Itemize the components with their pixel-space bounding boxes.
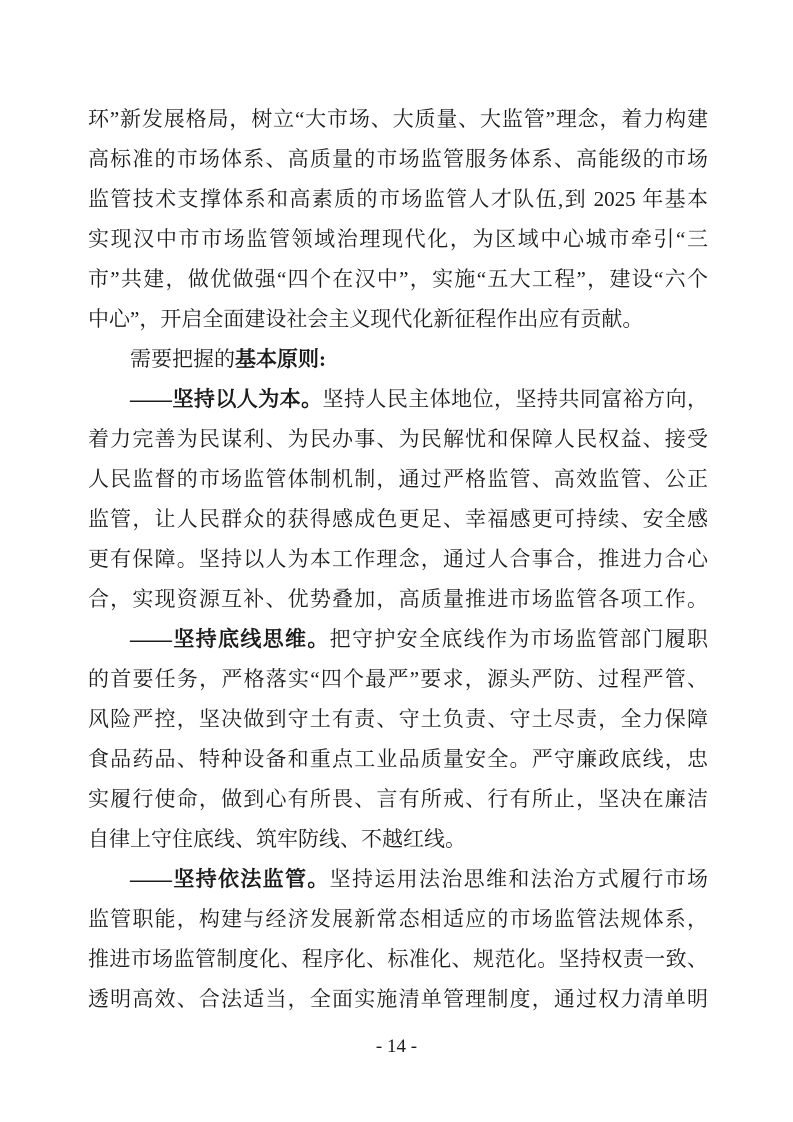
body-text: 着力完善为民谋利、为民办事、为民解忧和保障人民权益、接受: [88, 427, 708, 451]
principle-bottom-line-paragraph: ——坚持底线思维。把守护安全底线作为市场监管部门履职的首要任务，严格落实“四个最…: [88, 619, 708, 859]
text-line: 需要把握的基本原则:: [88, 339, 708, 379]
body-text: 食品药品、特种设备和重点工业品质量安全。严守廉政底线，忠: [88, 747, 708, 771]
body-text: 人民监督的市场监管体制机制，通过严格监管、高效监管、公正: [88, 467, 708, 491]
text-line: 的首要任务，严格落实“四个最严”要求，源头严防、过程严管、: [88, 659, 708, 699]
text-line: 食品药品、特种设备和重点工业品质量安全。严守廉政底线，忠: [88, 739, 708, 779]
body-text: 风险严控，坚决做到守土有责、守土负责、守土尽责，全力保障: [88, 707, 708, 731]
page-number: - 14 -: [0, 1036, 793, 1058]
principle-lawful-regulation-paragraph: ——坚持依法监管。坚持运用法治思维和法治方式履行市场监管职能，构建与经济发展新常…: [88, 859, 708, 1019]
emphasis-text: 基本原则:: [235, 347, 326, 371]
text-line: 风险严控，坚决做到守土有责、守土负责、守土尽责，全力保障: [88, 699, 708, 739]
body-text: 合，实现资源互补、优势叠加，高质量推进市场监管各项工作。: [88, 587, 708, 611]
body-text: 自律上守住底线、筑牢防线、不越红线。: [88, 827, 466, 851]
text-line: 着力完善为民谋利、为民办事、为民解忧和保障人民权益、接受: [88, 419, 708, 459]
body-text: 监管，让人民群众的获得感成色更足、幸福感更可持续、安全感: [88, 507, 708, 531]
body-text: 需要把握的: [130, 347, 235, 371]
text-line: ——坚持依法监管。坚持运用法治思维和法治方式履行市场: [88, 859, 708, 899]
emphasis-text: ——坚持底线思维。: [130, 627, 330, 651]
body-text: 监管技术支撑体系和高素质的市场监管人才队伍,到 2025 年基本: [88, 187, 708, 211]
text-line: 合，实现资源互补、优势叠加，高质量推进市场监管各项工作。: [88, 579, 708, 619]
body-text: 把守护安全底线作为市场监管部门履职: [330, 627, 708, 651]
emphasis-text: ——坚持以人为本。: [130, 387, 323, 411]
body-text: 实现汉中市市场监管领域治理现代化，为区域中心城市牵引“三: [88, 227, 708, 251]
document-body: 环”新发展格局，树立“大市场、大质量、大监管”理念，着力构建高标准的市场体系、高…: [88, 99, 708, 1019]
text-line: 更有保障。坚持以人为本工作理念，通过人合事合，推进力合心: [88, 539, 708, 579]
principles-intro-paragraph: 需要把握的基本原则:: [88, 339, 708, 379]
text-line: 人民监督的市场监管体制机制，通过严格监管、高效监管、公正: [88, 459, 708, 499]
body-text: 透明高效、合法适当，全面实施清单管理制度，通过权力清单明: [88, 987, 708, 1011]
body-text: 坚持运用法治思维和法治方式履行市场: [330, 867, 708, 891]
continuation-paragraph: 环”新发展格局，树立“大市场、大质量、大监管”理念，着力构建高标准的市场体系、高…: [88, 99, 708, 339]
text-line: 透明高效、合法适当，全面实施清单管理制度，通过权力清单明: [88, 979, 708, 1019]
text-line: 自律上守住底线、筑牢防线、不越红线。: [88, 819, 708, 859]
text-line: 环”新发展格局，树立“大市场、大质量、大监管”理念，着力构建: [88, 99, 708, 139]
body-text: 市”共建，做优做强“四个在汉中”，实施“五大工程”，建设“六个: [88, 267, 708, 291]
body-text: 监管职能，构建与经济发展新常态相适应的市场监管法规体系，: [88, 907, 708, 931]
document-page: 环”新发展格局，树立“大市场、大质量、大监管”理念，着力构建高标准的市场体系、高…: [0, 0, 793, 1122]
body-text: 实履行使命，做到心有所畏、言有所戒、行有所止，坚决在廉洁: [88, 787, 708, 811]
body-text: 中心”，开启全面建设社会主义现代化新征程作出应有贡献。: [88, 307, 643, 331]
text-line: 监管职能，构建与经济发展新常态相适应的市场监管法规体系，: [88, 899, 708, 939]
body-text: 环”新发展格局，树立“大市场、大质量、大监管”理念，着力构建: [88, 107, 708, 131]
text-line: 市”共建，做优做强“四个在汉中”，实施“五大工程”，建设“六个: [88, 259, 708, 299]
body-text: 坚持人民主体地位，坚持共同富裕方向，: [323, 387, 708, 411]
principle-people-first-paragraph: ——坚持以人为本。坚持人民主体地位，坚持共同富裕方向，着力完善为民谋利、为民办事…: [88, 379, 708, 619]
body-text: 推进市场监管制度化、程序化、标准化、规范化。坚持权责一致、: [88, 947, 708, 971]
text-line: 监管技术支撑体系和高素质的市场监管人才队伍,到 2025 年基本: [88, 179, 708, 219]
body-text: 更有保障。坚持以人为本工作理念，通过人合事合，推进力合心: [88, 547, 708, 571]
emphasis-text: ——坚持依法监管。: [130, 867, 330, 891]
text-line: 中心”，开启全面建设社会主义现代化新征程作出应有贡献。: [88, 299, 708, 339]
text-line: 实现汉中市市场监管领域治理现代化，为区域中心城市牵引“三: [88, 219, 708, 259]
text-line: 实履行使命，做到心有所畏、言有所戒、行有所止，坚决在廉洁: [88, 779, 708, 819]
body-text: 高标准的市场体系、高质量的市场监管服务体系、高能级的市场: [88, 147, 708, 171]
text-line: 监管，让人民群众的获得感成色更足、幸福感更可持续、安全感: [88, 499, 708, 539]
body-text: 的首要任务，严格落实“四个最严”要求，源头严防、过程严管、: [88, 667, 708, 691]
text-line: 推进市场监管制度化、程序化、标准化、规范化。坚持权责一致、: [88, 939, 708, 979]
text-line: ——坚持底线思维。把守护安全底线作为市场监管部门履职: [88, 619, 708, 659]
text-line: ——坚持以人为本。坚持人民主体地位，坚持共同富裕方向，: [88, 379, 708, 419]
text-line: 高标准的市场体系、高质量的市场监管服务体系、高能级的市场: [88, 139, 708, 179]
